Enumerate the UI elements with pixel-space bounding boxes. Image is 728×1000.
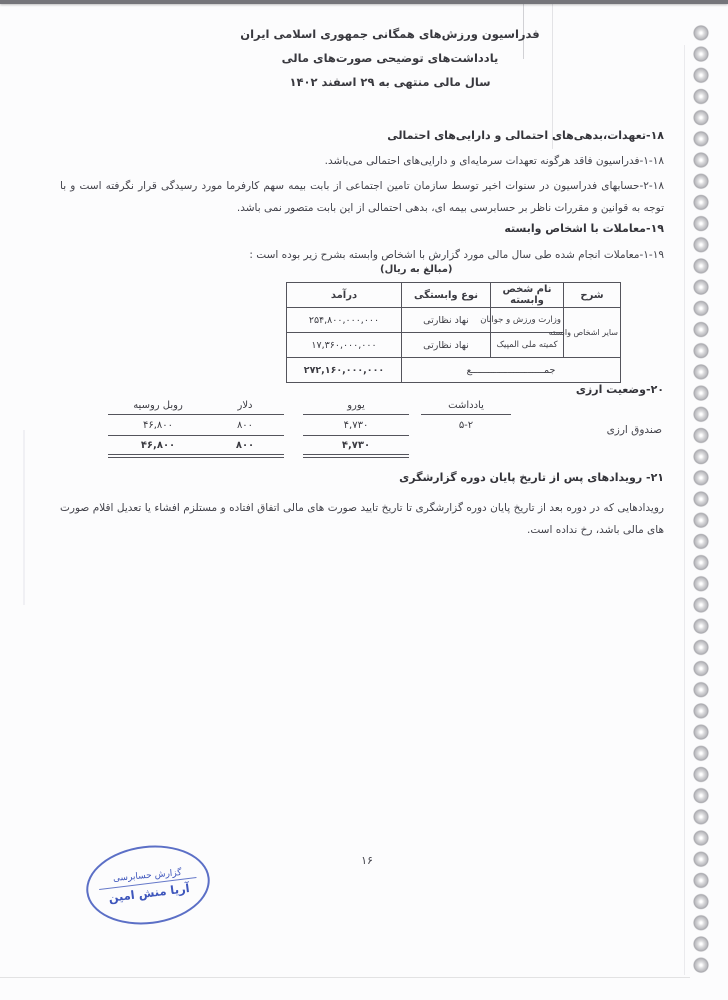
fold-artifact [23, 430, 25, 605]
currency-column-ruble: روبل روسیه ۴۶,۸۰۰ ۴۶,۸۰۰ [108, 400, 208, 458]
relation-type-cell: نهاد نظارتی [402, 333, 491, 358]
amounts-in-rials-label: (مبالغ به ریال) [380, 264, 452, 275]
income-cell: ۱۷,۳۶۰,۰۰۰,۰۰۰ [287, 333, 402, 358]
note-reference-value: ۵-۲ [421, 415, 511, 435]
scan-top-edge [0, 0, 728, 4]
section-19-paragraph-1: ۱-۱۹-معاملات انجام شده طی سال مالی مورد … [249, 244, 664, 266]
table-row: سایر اشخاص وابسته وزارت ورزش و جوانان نه… [287, 308, 621, 333]
related-parties-table: شرح نام شخص وابسته نوع وابستگی درآمد سای… [286, 282, 621, 383]
ruble-column-header: روبل روسیه [108, 400, 208, 415]
stamp-firm-name: آریا منش امین [108, 881, 190, 905]
column-header-relation-type: نوع وابستگی [402, 283, 491, 308]
euro-value: ۴,۷۳۰ [303, 415, 409, 435]
dollar-value: ۸۰۰ [206, 415, 284, 435]
income-cell: ۲۵۴,۸۰۰,۰۰۰,۰۰۰ [287, 308, 402, 333]
scan-bottom-edge [0, 977, 690, 978]
dollar-column-header: دلار [206, 400, 284, 415]
section-21-title: ۲۱- رویدادهای پس از تاریخ پایان دوره گزا… [399, 471, 664, 484]
currency-note-column: یادداشت ۵-۲ [421, 400, 511, 435]
column-header-description: شرح [564, 283, 621, 308]
column-header-income: درآمد [287, 283, 402, 308]
note-column-header: یادداشت [421, 400, 511, 415]
double-rule [206, 454, 284, 458]
section-18-title: ۱۸-تعهدات،بدهی‌های احتمالی و دارایی‌های … [387, 129, 664, 142]
relation-type-cell: نهاد نظارتی [402, 308, 491, 333]
group-label-cell: سایر اشخاص وابسته [564, 308, 621, 358]
total-income-cell: ۲۷۲,۱۶۰,۰۰۰,۰۰۰ [287, 358, 402, 383]
section-19-title: ۱۹-معاملات با اشخاص وابسته [504, 222, 664, 235]
double-rule [108, 454, 208, 458]
column-header-party-name: نام شخص وابسته [491, 283, 564, 308]
currency-column-euro: یورو ۴,۷۳۰ ۴,۷۳۰ [303, 400, 409, 458]
currency-fund-row-label: صندوق ارزی [607, 424, 662, 436]
section-21-paragraph-1: رویدادهایی که در دوره بعد از تاریخ پایان… [60, 497, 664, 541]
stamp-top-text: گزارش حسابرسی [112, 868, 181, 884]
ruble-total: ۴۶,۸۰۰ [108, 435, 208, 454]
section-18-paragraph-2: ۲-۱۸-حسابهای فدراسیون در سنوات اخیر توسط… [60, 175, 664, 219]
section-18-paragraph-1: ۱-۱۸-فدراسیون فاقد هرگونه تعهدات سرمایه‌… [325, 150, 664, 172]
euro-total: ۴,۷۳۰ [303, 435, 409, 454]
page-number: ۱۶ [350, 854, 384, 867]
table-header-row: شرح نام شخص وابسته نوع وابستگی درآمد [287, 283, 621, 308]
section-20-title: ۲۰-وضعیت ارزی [576, 383, 664, 396]
auditor-stamp: گزارش حسابرسی آریا منش امین [82, 839, 215, 932]
double-rule [303, 454, 409, 458]
euro-column-header: یورو [303, 400, 409, 415]
document-header: فدراسیون ورزش‌های همگانی جمهوری اسلامی ا… [120, 22, 660, 94]
scanned-page: فدراسیون ورزش‌های همگانی جمهوری اسلامی ا… [0, 0, 728, 1000]
fiscal-year-line: سال مالی منتهی به ۲۹ اسفند ۱۴۰۲ [120, 70, 660, 94]
document-title: یادداشت‌های توضیحی صورت‌های مالی [120, 46, 660, 70]
binding-holes [691, 24, 711, 976]
ruble-value: ۴۶,۸۰۰ [108, 415, 208, 435]
table-total-row: جمــــــــــــــــــــــــــع ۲۷۲,۱۶۰,۰۰… [287, 358, 621, 383]
stamp-oval-border: گزارش حسابرسی آریا منش امین [82, 839, 215, 932]
currency-column-dollar: دلار ۸۰۰ ۸۰۰ [206, 400, 284, 458]
dollar-total: ۸۰۰ [206, 435, 284, 454]
page-edge-shadow [684, 45, 685, 975]
total-label-cell: جمــــــــــــــــــــــــــع [402, 358, 621, 383]
organization-title: فدراسیون ورزش‌های همگانی جمهوری اسلامی ا… [120, 22, 660, 46]
